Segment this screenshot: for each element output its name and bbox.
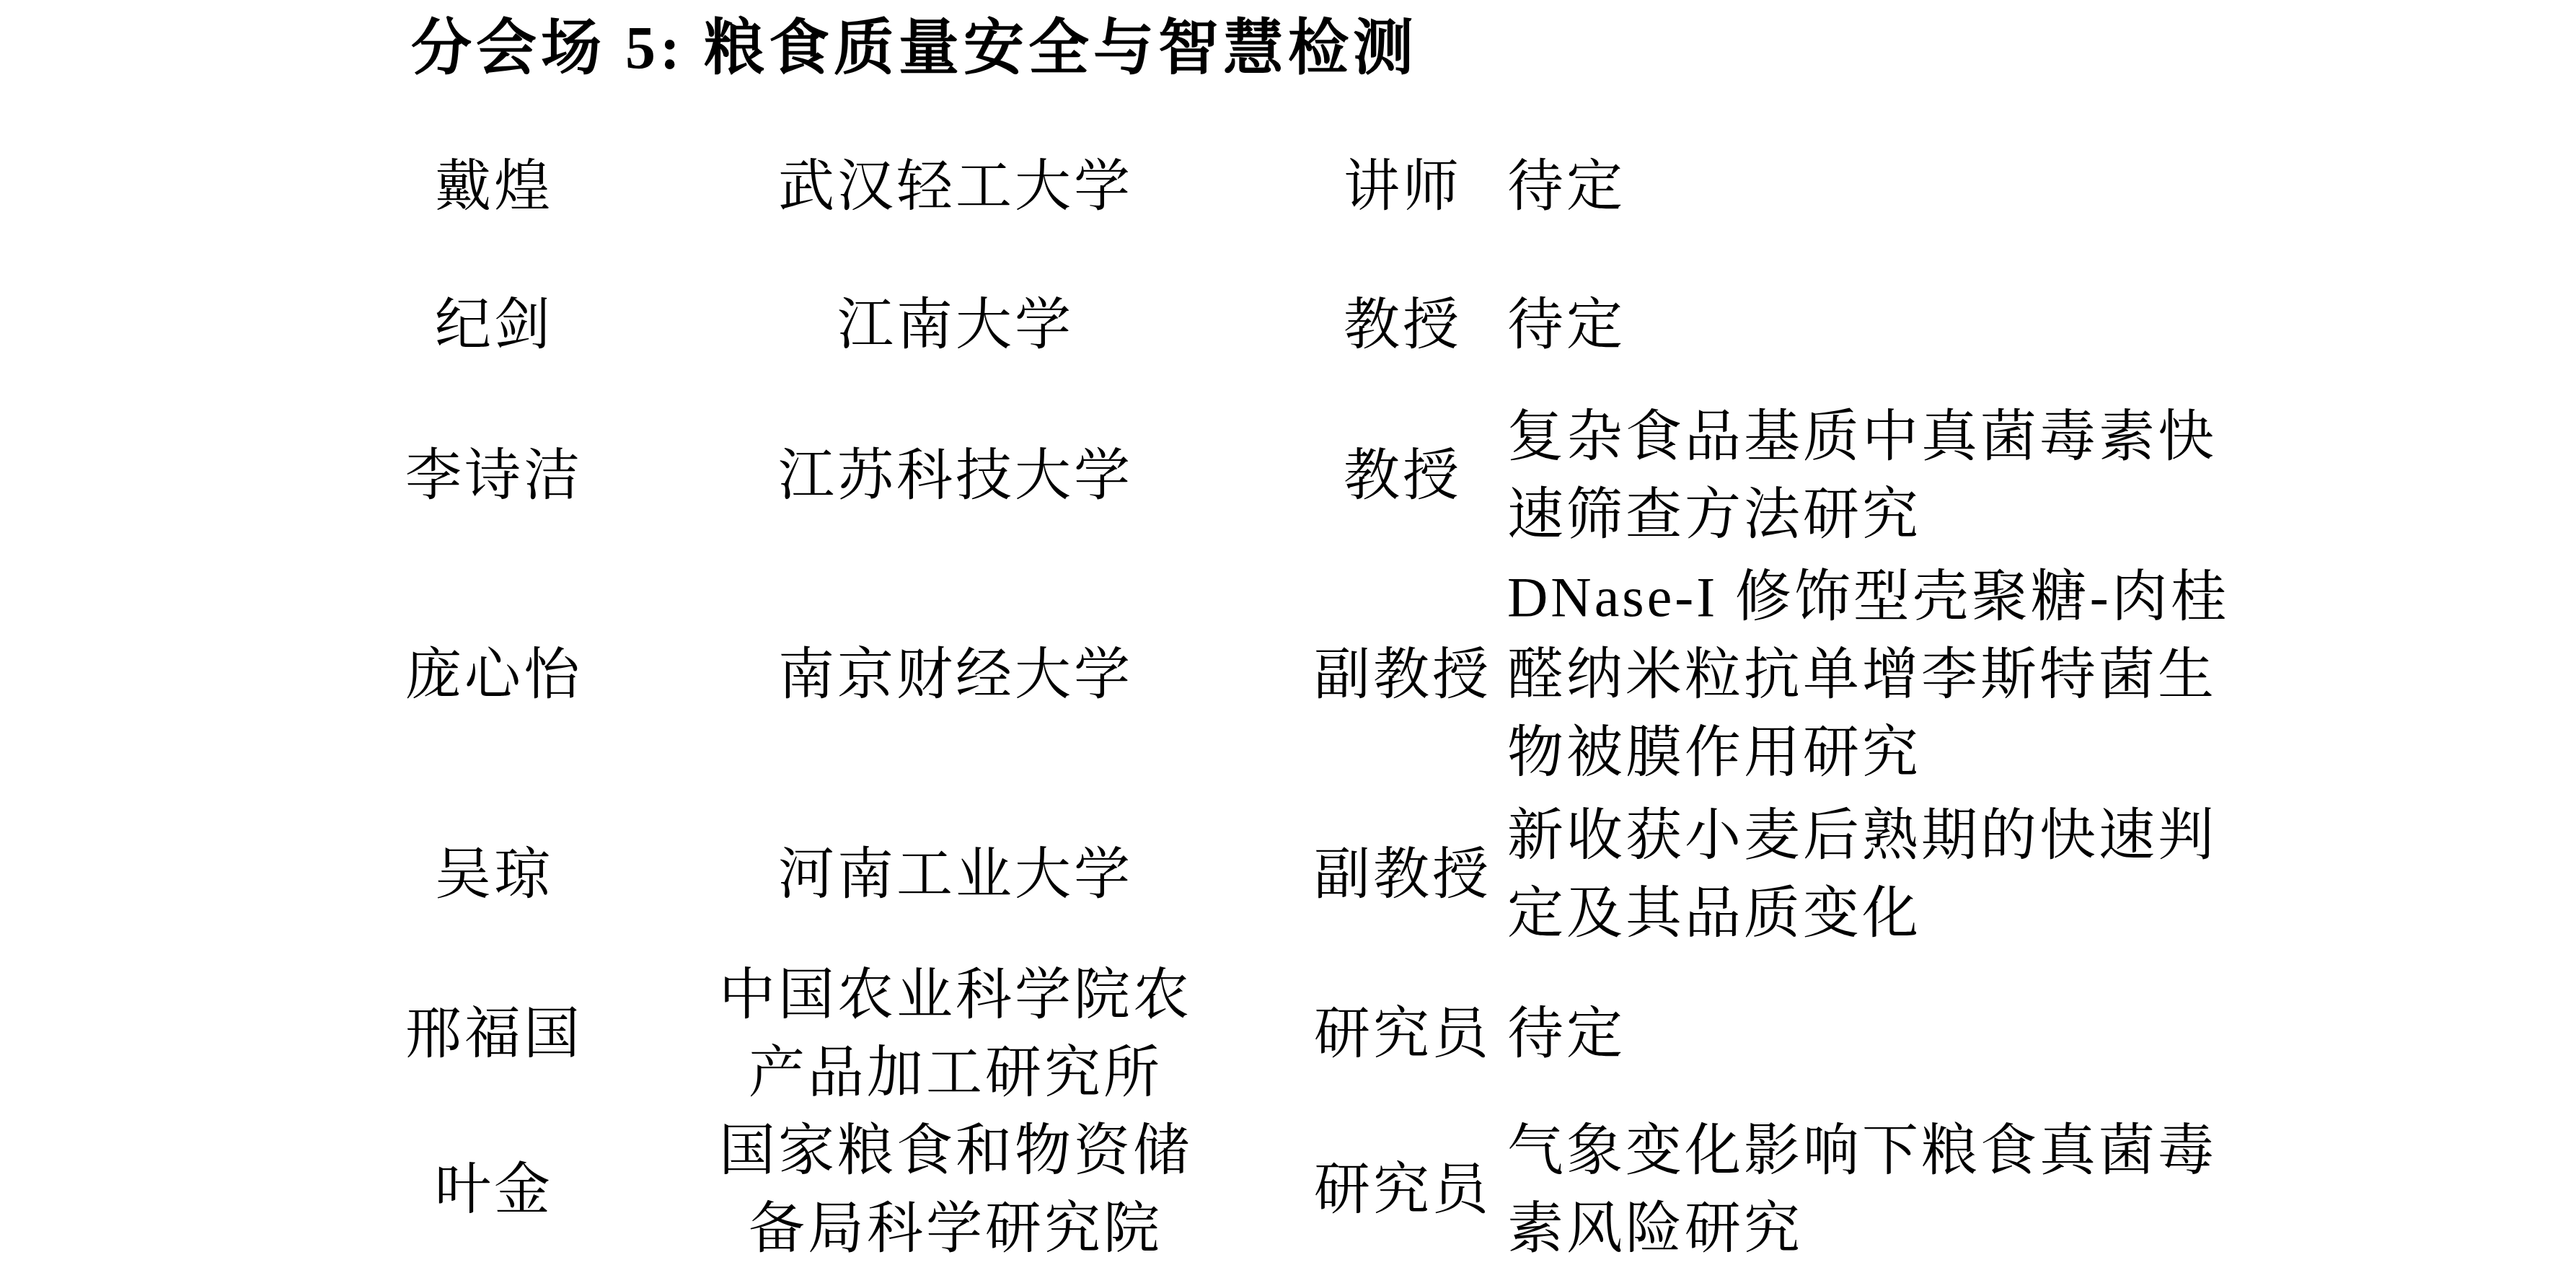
speaker-affiliation: 国家粮食和物资储 备局科学研究院 <box>613 1112 1298 1265</box>
speaker-affiliation: 南京财经大学 <box>613 556 1298 794</box>
table-row: 纪剑 江南大学 教授 待定 <box>375 255 2474 396</box>
speaker-name: 李诗洁 <box>375 396 613 556</box>
speaker-title: 讲师 <box>1298 119 1507 255</box>
report-topic: 复杂食品基质中真菌毒素快 速筛查方法研究 <box>1507 396 2474 556</box>
table-row: 叶金 国家粮食和物资储 备局科学研究院 研究员 气象变化影响下粮食真菌毒 素风险… <box>375 1112 2474 1265</box>
speaker-title: 教授 <box>1298 255 1507 396</box>
speaker-title: 教授 <box>1298 396 1507 556</box>
report-topic: 气象变化影响下粮食真菌毒 素风险研究 <box>1507 1112 2474 1265</box>
speaker-affiliation: 武汉轻工大学 <box>613 119 1298 255</box>
speaker-name: 吴琼 <box>375 794 613 956</box>
session-title: 分会场 5: 粮食质量安全与智慧检测 <box>0 0 2576 86</box>
speaker-title: 研究员 <box>1298 1112 1507 1265</box>
speaker-name: 纪剑 <box>375 255 613 396</box>
speaker-title: 副教授 <box>1298 556 1507 794</box>
speaker-affiliation: 江苏科技大学 <box>613 396 1298 556</box>
report-topic: 待定 <box>1507 255 2474 396</box>
report-topic: 新收获小麦后熟期的快速判 定及其品质变化 <box>1507 794 2474 956</box>
speaker-name: 戴煌 <box>375 119 613 255</box>
speaker-title: 研究员 <box>1298 956 1507 1112</box>
session-speaker-table: 戴煌 武汉轻工大学 讲师 待定 纪剑 江南大学 教授 待定 李诗洁 江苏科技大学… <box>375 119 2474 1265</box>
report-topic: 待定 <box>1507 956 2474 1112</box>
speaker-title: 副教授 <box>1298 794 1507 956</box>
report-topic: DNase-I 修饰型壳聚糖-肉桂 醛纳米粒抗单增李斯特菌生 物被膜作用研究 <box>1507 556 2474 794</box>
table-row: 戴煌 武汉轻工大学 讲师 待定 <box>375 119 2474 255</box>
table-row: 李诗洁 江苏科技大学 教授 复杂食品基质中真菌毒素快 速筛查方法研究 <box>375 396 2474 556</box>
report-topic: 待定 <box>1507 119 2474 255</box>
speaker-name: 邢福国 <box>375 956 613 1112</box>
speaker-affiliation: 江南大学 <box>613 255 1298 396</box>
document-page: 分会场 5: 粮食质量安全与智慧检测 戴煌 武汉轻工大学 讲师 待定 纪剑 江南… <box>0 0 2576 1265</box>
speaker-name: 叶金 <box>375 1112 613 1265</box>
speaker-name: 庞心怡 <box>375 556 613 794</box>
speaker-affiliation: 河南工业大学 <box>613 794 1298 956</box>
speaker-affiliation: 中国农业科学院农 产品加工研究所 <box>613 956 1298 1112</box>
table-row: 邢福国 中国农业科学院农 产品加工研究所 研究员 待定 <box>375 956 2474 1112</box>
table-row: 吴琼 河南工业大学 副教授 新收获小麦后熟期的快速判 定及其品质变化 <box>375 794 2474 956</box>
table-row: 庞心怡 南京财经大学 副教授 DNase-I 修饰型壳聚糖-肉桂 醛纳米粒抗单增… <box>375 556 2474 794</box>
